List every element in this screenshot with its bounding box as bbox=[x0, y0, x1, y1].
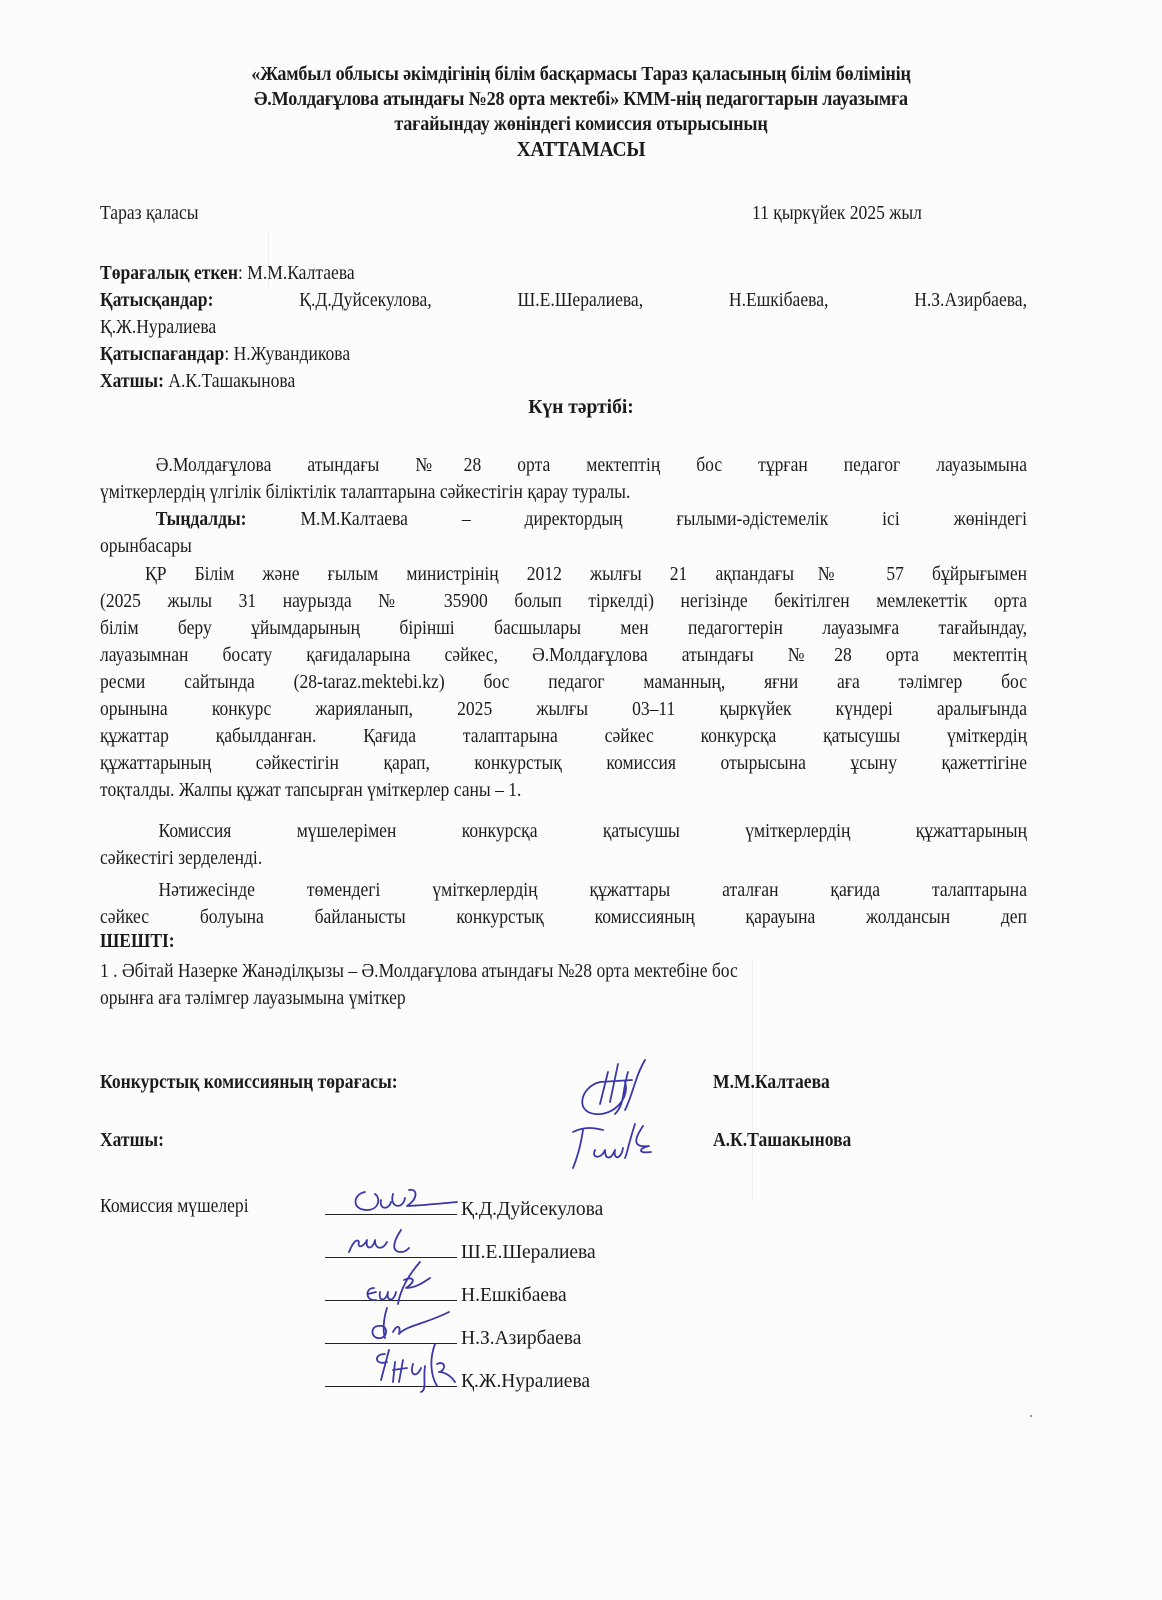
chair-signature-icon bbox=[570, 1042, 660, 1122]
document-page: { "header": { "title_lines": [ "«Жамбыл … bbox=[0, 0, 1162, 1600]
member-signature-icon bbox=[360, 1258, 440, 1308]
decision-item: 1 . Әбітай Назерке Жанәділқызы – Ә.Молда… bbox=[100, 958, 1050, 1012]
document-title: «Жамбыл облысы әкімдігінің білім басқарм… bbox=[96, 62, 1065, 162]
date: 11 қыркүйек 2025 жыл bbox=[752, 203, 922, 225]
member-signature-icon bbox=[345, 1180, 460, 1220]
result-paragraph: Нәтижесінде төмендегі үміткерлердің құжа… bbox=[100, 877, 1050, 953]
title-line-2: Ә.Молдағұлова атындағы №28 орта мектебі»… bbox=[96, 87, 1065, 112]
scan-speck bbox=[1030, 1415, 1032, 1417]
members-label: Комиссия мүшелері bbox=[100, 1196, 249, 1218]
member-signature-icon bbox=[345, 1228, 415, 1258]
member-signature-icon bbox=[365, 1340, 460, 1395]
attendance-block: Төрағалық еткен: М.М.Калтаева Қатысқанда… bbox=[100, 260, 1050, 395]
secretary-line: Хатшы: А.К.Ташакынова bbox=[100, 368, 1050, 395]
absent-line: Қатыспағандар: Н.Жувандикова bbox=[100, 341, 1050, 368]
agenda-heading: Күн тәртібі: bbox=[0, 397, 1162, 419]
document-type: ХАТТАМАСЫ bbox=[96, 137, 1065, 162]
place: Тараз қаласы bbox=[100, 203, 199, 225]
heard-line: Тыңдалды: М.М.Калтаева – директордың ғыл… bbox=[100, 506, 1027, 533]
chair-name: М.М.Калтаева bbox=[713, 1072, 830, 1094]
secretary-signature-icon bbox=[565, 1118, 660, 1173]
present-last: Қ.Ж.Нуралиева bbox=[100, 314, 1050, 341]
title-line-1: «Жамбыл облысы әкімдігінің білім басқарм… bbox=[96, 62, 1065, 87]
review-paragraph: Комиссия мүшелерімен конкурсқа қатысушы … bbox=[100, 818, 1050, 872]
secretary-role: Хатшы: bbox=[100, 1130, 164, 1152]
decision-label: ШЕШТІ: bbox=[100, 931, 1050, 953]
agenda-item: Ә.Молдағұлова атындағы №28 орта мектепті… bbox=[100, 452, 1050, 560]
member-signature-icon bbox=[365, 1304, 455, 1344]
secretary-name: А.К.Ташакынова bbox=[713, 1130, 851, 1152]
present-line: Қатысқандар: Қ.Д.Дуйсекулова, Ш.Е.Шерали… bbox=[100, 287, 1027, 314]
title-line-3: тағайындау жөніндегі комиссия отырысының bbox=[96, 112, 1065, 137]
chair-line: Төрағалық еткен: М.М.Калтаева bbox=[100, 260, 1050, 287]
chair-role: Конкурстық комиссияның төрағасы: bbox=[100, 1072, 398, 1094]
body-paragraph: ҚР Білім және ғылым министрінің 2012 жыл… bbox=[100, 561, 1050, 804]
